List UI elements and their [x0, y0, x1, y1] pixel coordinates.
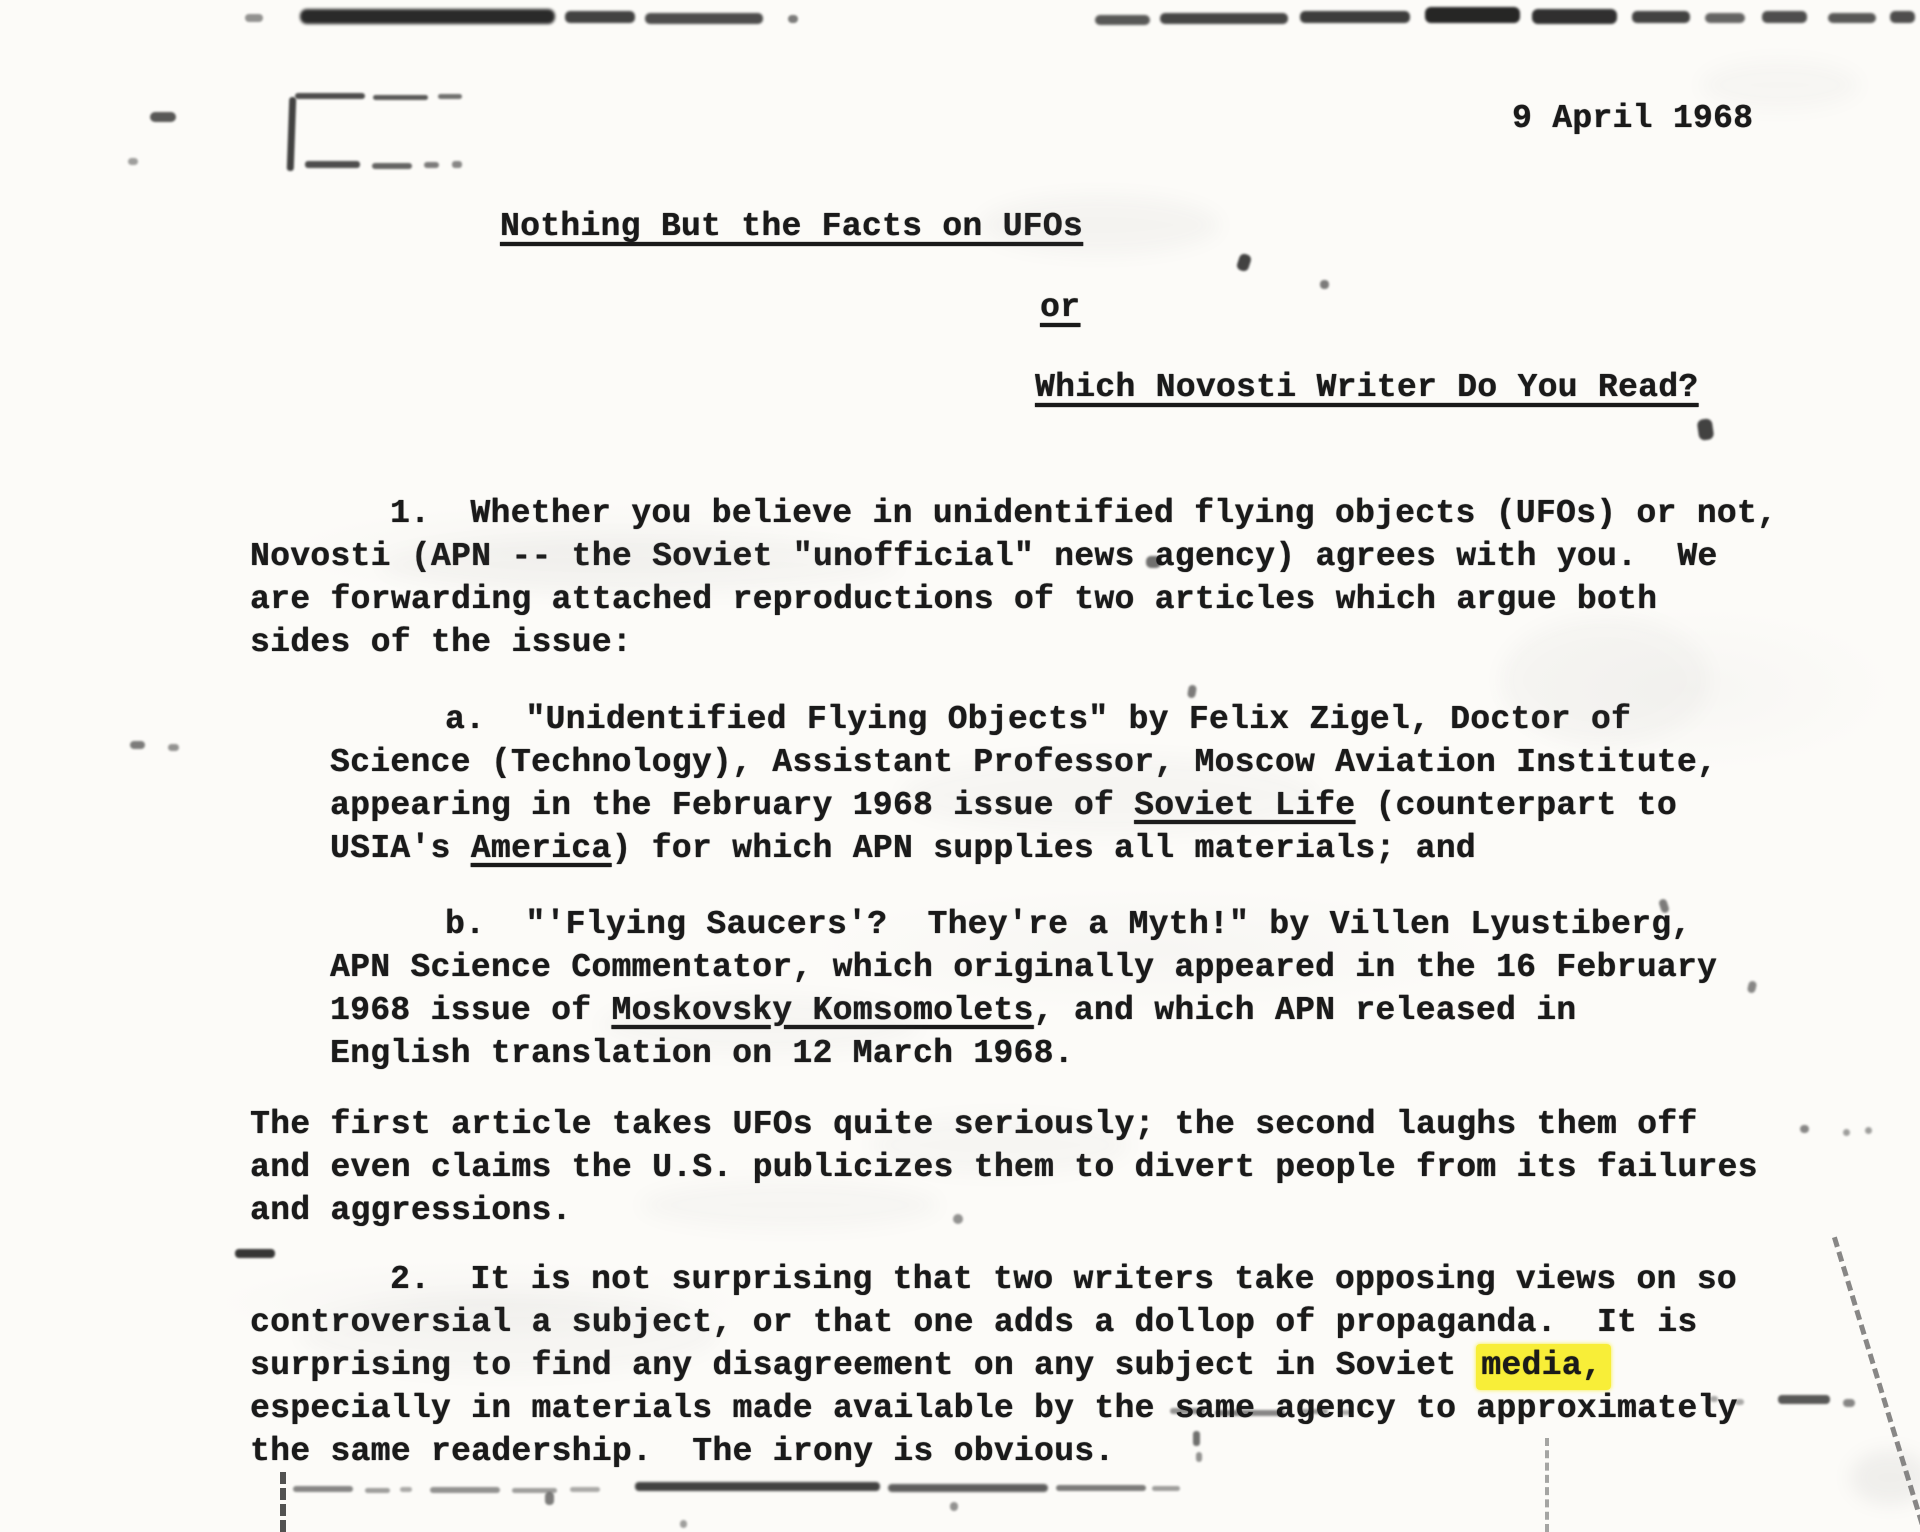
- document-line: Science (Technology), Assistant Professo…: [250, 741, 1810, 784]
- text-run: APN Science Commentator, which originall…: [330, 949, 1717, 986]
- scan-mark: [438, 94, 462, 99]
- document-line: Novosti (APN -- the Soviet "unofficial" …: [250, 535, 1810, 578]
- scan-mark: [512, 1488, 557, 1493]
- scan-mark: [545, 1492, 554, 1505]
- scan-mark: [1832, 1237, 1920, 1525]
- scan-mark: [1056, 1485, 1146, 1491]
- document-date: 9 April 1968: [1512, 100, 1753, 137]
- scan-blotch: [1850, 1450, 1920, 1505]
- text-run: surprising to find any disagreement on a…: [250, 1347, 1476, 1384]
- underlined-publication-title: America: [471, 830, 612, 867]
- document-line: 1. Whether you believe in unidentified f…: [250, 492, 1810, 535]
- text-run: a. "Unidentified Flying Objects" by Feli…: [445, 701, 1631, 738]
- scan-mark: [788, 15, 798, 23]
- scan-mark: [1095, 15, 1150, 25]
- scan-mark: [424, 162, 439, 168]
- scan-mark: [365, 1488, 390, 1493]
- para-2: 2. It is not surprising that two writers…: [250, 1258, 1810, 1473]
- scan-mark: [305, 161, 360, 168]
- scan-mark: [130, 741, 145, 749]
- scan-mark: [245, 14, 263, 22]
- scan-mark: [888, 1484, 1048, 1492]
- document-line: 2. It is not surprising that two writers…: [250, 1258, 1810, 1301]
- scan-mark: [1320, 280, 1329, 289]
- item-b: b. "'Flying Saucers'? They're a Myth!" b…: [250, 903, 1810, 1075]
- underlined-publication-title: Soviet Life: [1134, 787, 1355, 824]
- scan-mark: [168, 744, 179, 751]
- scan-mark: [400, 1487, 412, 1492]
- scan-mark: [430, 1487, 500, 1493]
- scan-mark: [452, 161, 462, 168]
- scan-mark: [680, 1520, 687, 1528]
- text-run: 1. Whether you believe in unidentified f…: [390, 495, 1777, 532]
- document-title: Nothing But the Facts on UFOs: [500, 208, 1083, 245]
- text-run: the same readership. The irony is obviou…: [250, 1433, 1114, 1470]
- text-run: b. "'Flying Saucers'? They're a Myth!" b…: [445, 906, 1691, 943]
- text-run: , and which APN released in: [1034, 992, 1577, 1029]
- text-run: Science (Technology), Assistant Professo…: [330, 744, 1717, 781]
- scan-mark: [295, 93, 365, 99]
- scan-mark: [1890, 11, 1915, 23]
- text-run: English translation on 12 March 1968.: [330, 1035, 1074, 1072]
- scan-mark: [570, 1487, 600, 1492]
- document-line: are forwarding attached reproductions of…: [250, 578, 1810, 621]
- document-subtitle: Which Novosti Writer Do You Read?: [1035, 369, 1698, 406]
- scan-mark: [1236, 253, 1253, 273]
- text-run: USIA's: [330, 830, 471, 867]
- scan-mark: [128, 158, 138, 165]
- scan-mark: [1187, 684, 1197, 698]
- text-run: 2. It is not surprising that two writers…: [390, 1261, 1737, 1298]
- text-run: and aggressions.: [250, 1192, 572, 1229]
- scan-mark: [300, 9, 555, 24]
- document-line: sides of the issue:: [250, 621, 1810, 664]
- document-line: The first article takes UFOs quite serio…: [250, 1103, 1810, 1146]
- scan-mark: [150, 112, 176, 122]
- scan-mark: [950, 1502, 958, 1511]
- scan-mark: [1865, 1127, 1872, 1134]
- scan-mark: [1160, 13, 1288, 24]
- text-run: (counterpart to: [1355, 787, 1677, 824]
- text-run: The first article takes UFOs quite serio…: [250, 1106, 1697, 1143]
- scan-mark: [1843, 1399, 1855, 1407]
- scan-mark: [1828, 13, 1876, 23]
- scan-mark: [1697, 418, 1715, 441]
- scan-mark: [1152, 1486, 1180, 1491]
- document-line: especially in materials made available b…: [250, 1387, 1810, 1430]
- document-line: APN Science Commentator, which originall…: [250, 946, 1810, 989]
- scan-mark: [1425, 7, 1520, 23]
- document-line: USIA's America) for which APN supplies a…: [250, 827, 1810, 870]
- document-line: surprising to find any disagreement on a…: [250, 1344, 1810, 1387]
- scan-mark: [635, 1482, 880, 1491]
- document-line: and aggressions.: [250, 1189, 1810, 1232]
- text-run: Novosti (APN -- the Soviet "unofficial" …: [250, 538, 1718, 575]
- underlined-publication-title: Moskovsky Komsomolets: [611, 992, 1033, 1029]
- scan-mark: [1632, 11, 1690, 23]
- scan-mark: [1705, 13, 1745, 23]
- document-line: b. "'Flying Saucers'? They're a Myth!" b…: [250, 903, 1810, 946]
- para-interlude: The first article takes UFOs quite serio…: [250, 1103, 1810, 1232]
- document-line: controversial a subject, or that one add…: [250, 1301, 1810, 1344]
- text-run: appearing in the February 1968 issue of: [330, 787, 1134, 824]
- scan-mark: [373, 95, 428, 100]
- document-line: 1968 issue of Moskovsky Komsomolets, and…: [250, 989, 1810, 1032]
- item-a: a. "Unidentified Flying Objects" by Feli…: [250, 698, 1810, 870]
- scan-mark: [235, 1249, 275, 1258]
- scan-mark: [293, 1486, 353, 1492]
- document-line: a. "Unidentified Flying Objects" by Feli…: [250, 698, 1810, 741]
- highlighted-word: media,: [1476, 1344, 1611, 1390]
- document-line: the same readership. The irony is obviou…: [250, 1430, 1810, 1473]
- text-run: 1968 issue of: [330, 992, 611, 1029]
- scan-mark: [565, 11, 635, 23]
- scan-mark: [1532, 9, 1617, 24]
- scan-mark: [1300, 11, 1410, 23]
- text-run: controversial a subject, or that one add…: [250, 1304, 1697, 1341]
- document-line: and even claims the U.S. publicizes them…: [250, 1146, 1810, 1189]
- document-line: English translation on 12 March 1968.: [250, 1032, 1810, 1075]
- scan-mark: [372, 163, 412, 169]
- scanned-document-page: 9 April 1968 Nothing But the Facts on UF…: [0, 0, 1920, 1532]
- scan-mark: [280, 1472, 286, 1532]
- scan-mark: [1843, 1129, 1850, 1136]
- text-run: especially in materials made available b…: [250, 1390, 1738, 1427]
- scan-mark: [645, 13, 763, 24]
- text-run: ) for which APN supplies all materials; …: [611, 830, 1475, 867]
- text-run: and even claims the U.S. publicizes them…: [250, 1149, 1758, 1186]
- text-run: sides of the issue:: [250, 624, 632, 661]
- document-title-or: or: [1040, 289, 1080, 326]
- scan-mark: [1762, 11, 1807, 23]
- para-1: 1. Whether you believe in unidentified f…: [250, 492, 1810, 664]
- document-line: appearing in the February 1968 issue of …: [250, 784, 1810, 827]
- text-run: are forwarding attached reproductions of…: [250, 581, 1657, 618]
- scan-mark: [287, 97, 297, 171]
